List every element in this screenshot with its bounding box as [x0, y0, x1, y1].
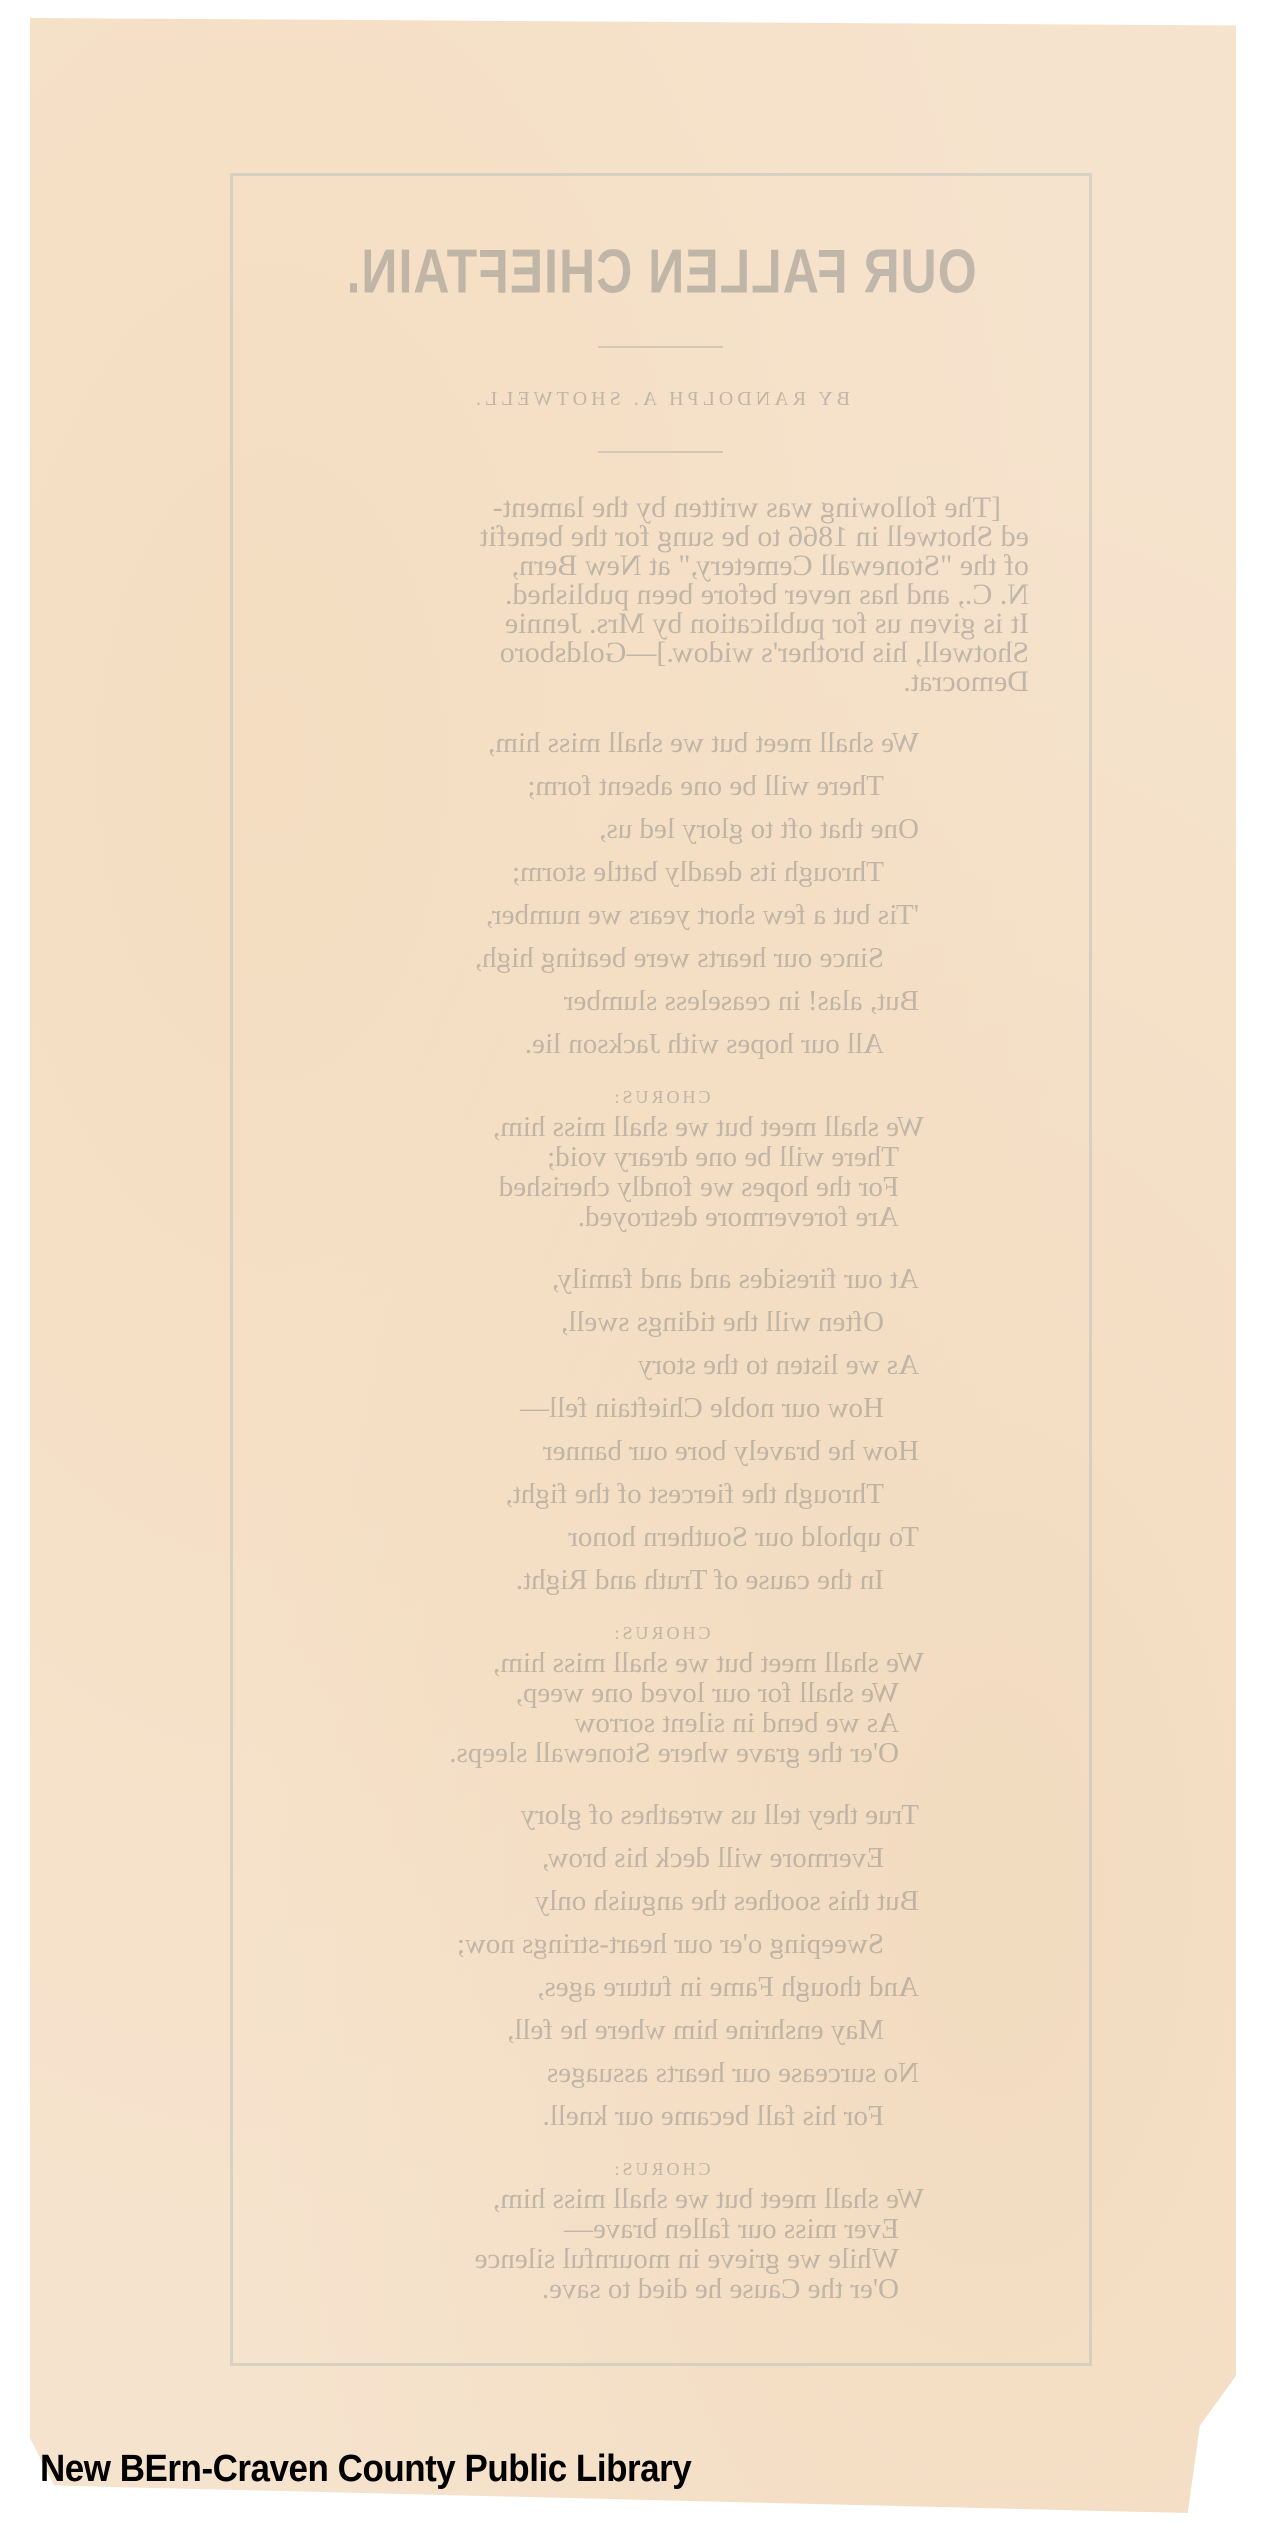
verse-line: There will be one dreary void; [293, 1142, 1029, 1172]
verse-line: O'er the Cause he died to save. [293, 2274, 1029, 2304]
verse-line: Since our hearts were beating high, [293, 937, 1029, 980]
paper-sheet: OUR FALLEN CHIEFTAIN. BY RANDOLPH A. SHO… [30, 18, 1236, 2513]
chorus-3: We shall meet but we shall miss him, Eve… [293, 2184, 1029, 2304]
intro-line: Shotwell, his brother's widow.]—Goldsbor… [293, 638, 1029, 667]
verse-line: We shall meet but we shall miss him, [293, 2184, 1029, 2214]
verse-line: There will be one absent form; [293, 765, 1029, 808]
verse-line: No surcease our hearts assuages [293, 2052, 1029, 2095]
verse-line: At our firesides and and family, [293, 1258, 1029, 1301]
chorus-label: CHORUS: [293, 1618, 1029, 1648]
verse-line: In the cause of Truth and Right. [293, 1559, 1029, 1602]
verse-line: Ever miss our fallen brave— [293, 2214, 1029, 2244]
verse-line: While we grieve in mournful silence [293, 2244, 1029, 2274]
intro-line: Democrat. [293, 667, 1029, 696]
verse-line: We shall meet but we shall miss him, [293, 1648, 1029, 1678]
intro-paragraph: [The following was written by the lament… [293, 493, 1029, 696]
verse-line: All our hopes with Jackson lie. [293, 1023, 1029, 1066]
library-watermark: New BErn-Craven County Public Library [40, 2448, 691, 2491]
stanza-3: True they tell us wreathes of glory Ever… [293, 1794, 1029, 2138]
print-frame: OUR FALLEN CHIEFTAIN. BY RANDOLPH A. SHO… [230, 173, 1092, 2366]
verse-line: Through its deadly battle storm; [293, 851, 1029, 894]
verse-line: We shall meet but we shall miss him, [293, 722, 1029, 765]
intro-line: ed Shotwell in 1866 to be sung for the b… [293, 522, 1029, 551]
stanza-2: At our firesides and and family, Often w… [293, 1258, 1029, 1602]
intro-line: of the "Stonewall Cemetery," at New Bern… [293, 551, 1029, 580]
verse-line: Often will the tidings swell, [293, 1301, 1029, 1344]
verse-line: Evermore will deck his brow, [293, 1837, 1029, 1880]
verse-line: May enshrine him where he fell, [293, 2009, 1029, 2052]
verse-line: How our noble Chieftain fell— [293, 1387, 1029, 1430]
verse-line: For the hopes we fondly cherished [293, 1172, 1029, 1202]
chorus-2: We shall meet but we shall miss him, We … [293, 1648, 1029, 1768]
chorus-label: CHORUS: [293, 2154, 1029, 2184]
verse-line: As we bend in silent sorrow [293, 1708, 1029, 1738]
verse-line: But this soothes the anguish only [293, 1880, 1029, 1923]
verse-line: For his fall became our knell. [293, 2095, 1029, 2138]
verse-line: Are forevermore destroyed. [293, 1202, 1029, 1232]
verse-line: 'Tis but a few short years we number, [293, 894, 1029, 937]
verse-line: And though Fame in future ages, [293, 1966, 1029, 2009]
poem-title: OUR FALLEN CHIEFTAIN. [293, 235, 1029, 308]
verse-line: One that oft to glory led us, [293, 808, 1029, 851]
byline: BY RANDOLPH A. SHOTWELL. [293, 388, 1029, 411]
stanza-1: We shall meet but we shall miss him, The… [293, 722, 1029, 1066]
verse-line: Through the fiercest of the fight, [293, 1473, 1029, 1516]
chorus-1: We shall meet but we shall miss him, The… [293, 1112, 1029, 1232]
chorus-label: CHORUS: [293, 1082, 1029, 1112]
verse-line: As we listen to the story [293, 1344, 1029, 1387]
verse-line: But, alas! in ceaseless slumber [293, 980, 1029, 1023]
verse-line: We shall meet but we shall miss him, [293, 1112, 1029, 1142]
verse-line: True they tell us wreathes of glory [293, 1794, 1029, 1837]
verse-line: How he bravely bore our banner [293, 1430, 1029, 1473]
bleed-through-text: OUR FALLEN CHIEFTAIN. BY RANDOLPH A. SHO… [233, 176, 1089, 2363]
intro-line: N. C., and has never before been publish… [293, 580, 1029, 609]
poem-content: OUR FALLEN CHIEFTAIN. BY RANDOLPH A. SHO… [293, 216, 1029, 2304]
divider [599, 451, 724, 453]
divider [599, 346, 724, 348]
verse-line: Sweeping o'er our heart-strings now; [293, 1923, 1029, 1966]
intro-line: It is given us for publication by Mrs. J… [293, 609, 1029, 638]
verse-line: To uphold our Southern honor [293, 1516, 1029, 1559]
verse-line: O'er the grave where Stonewall sleeps. [293, 1738, 1029, 1768]
verse-line: We shall for our loved one weep, [293, 1678, 1029, 1708]
intro-line: [The following was written by the lament… [293, 493, 1029, 522]
